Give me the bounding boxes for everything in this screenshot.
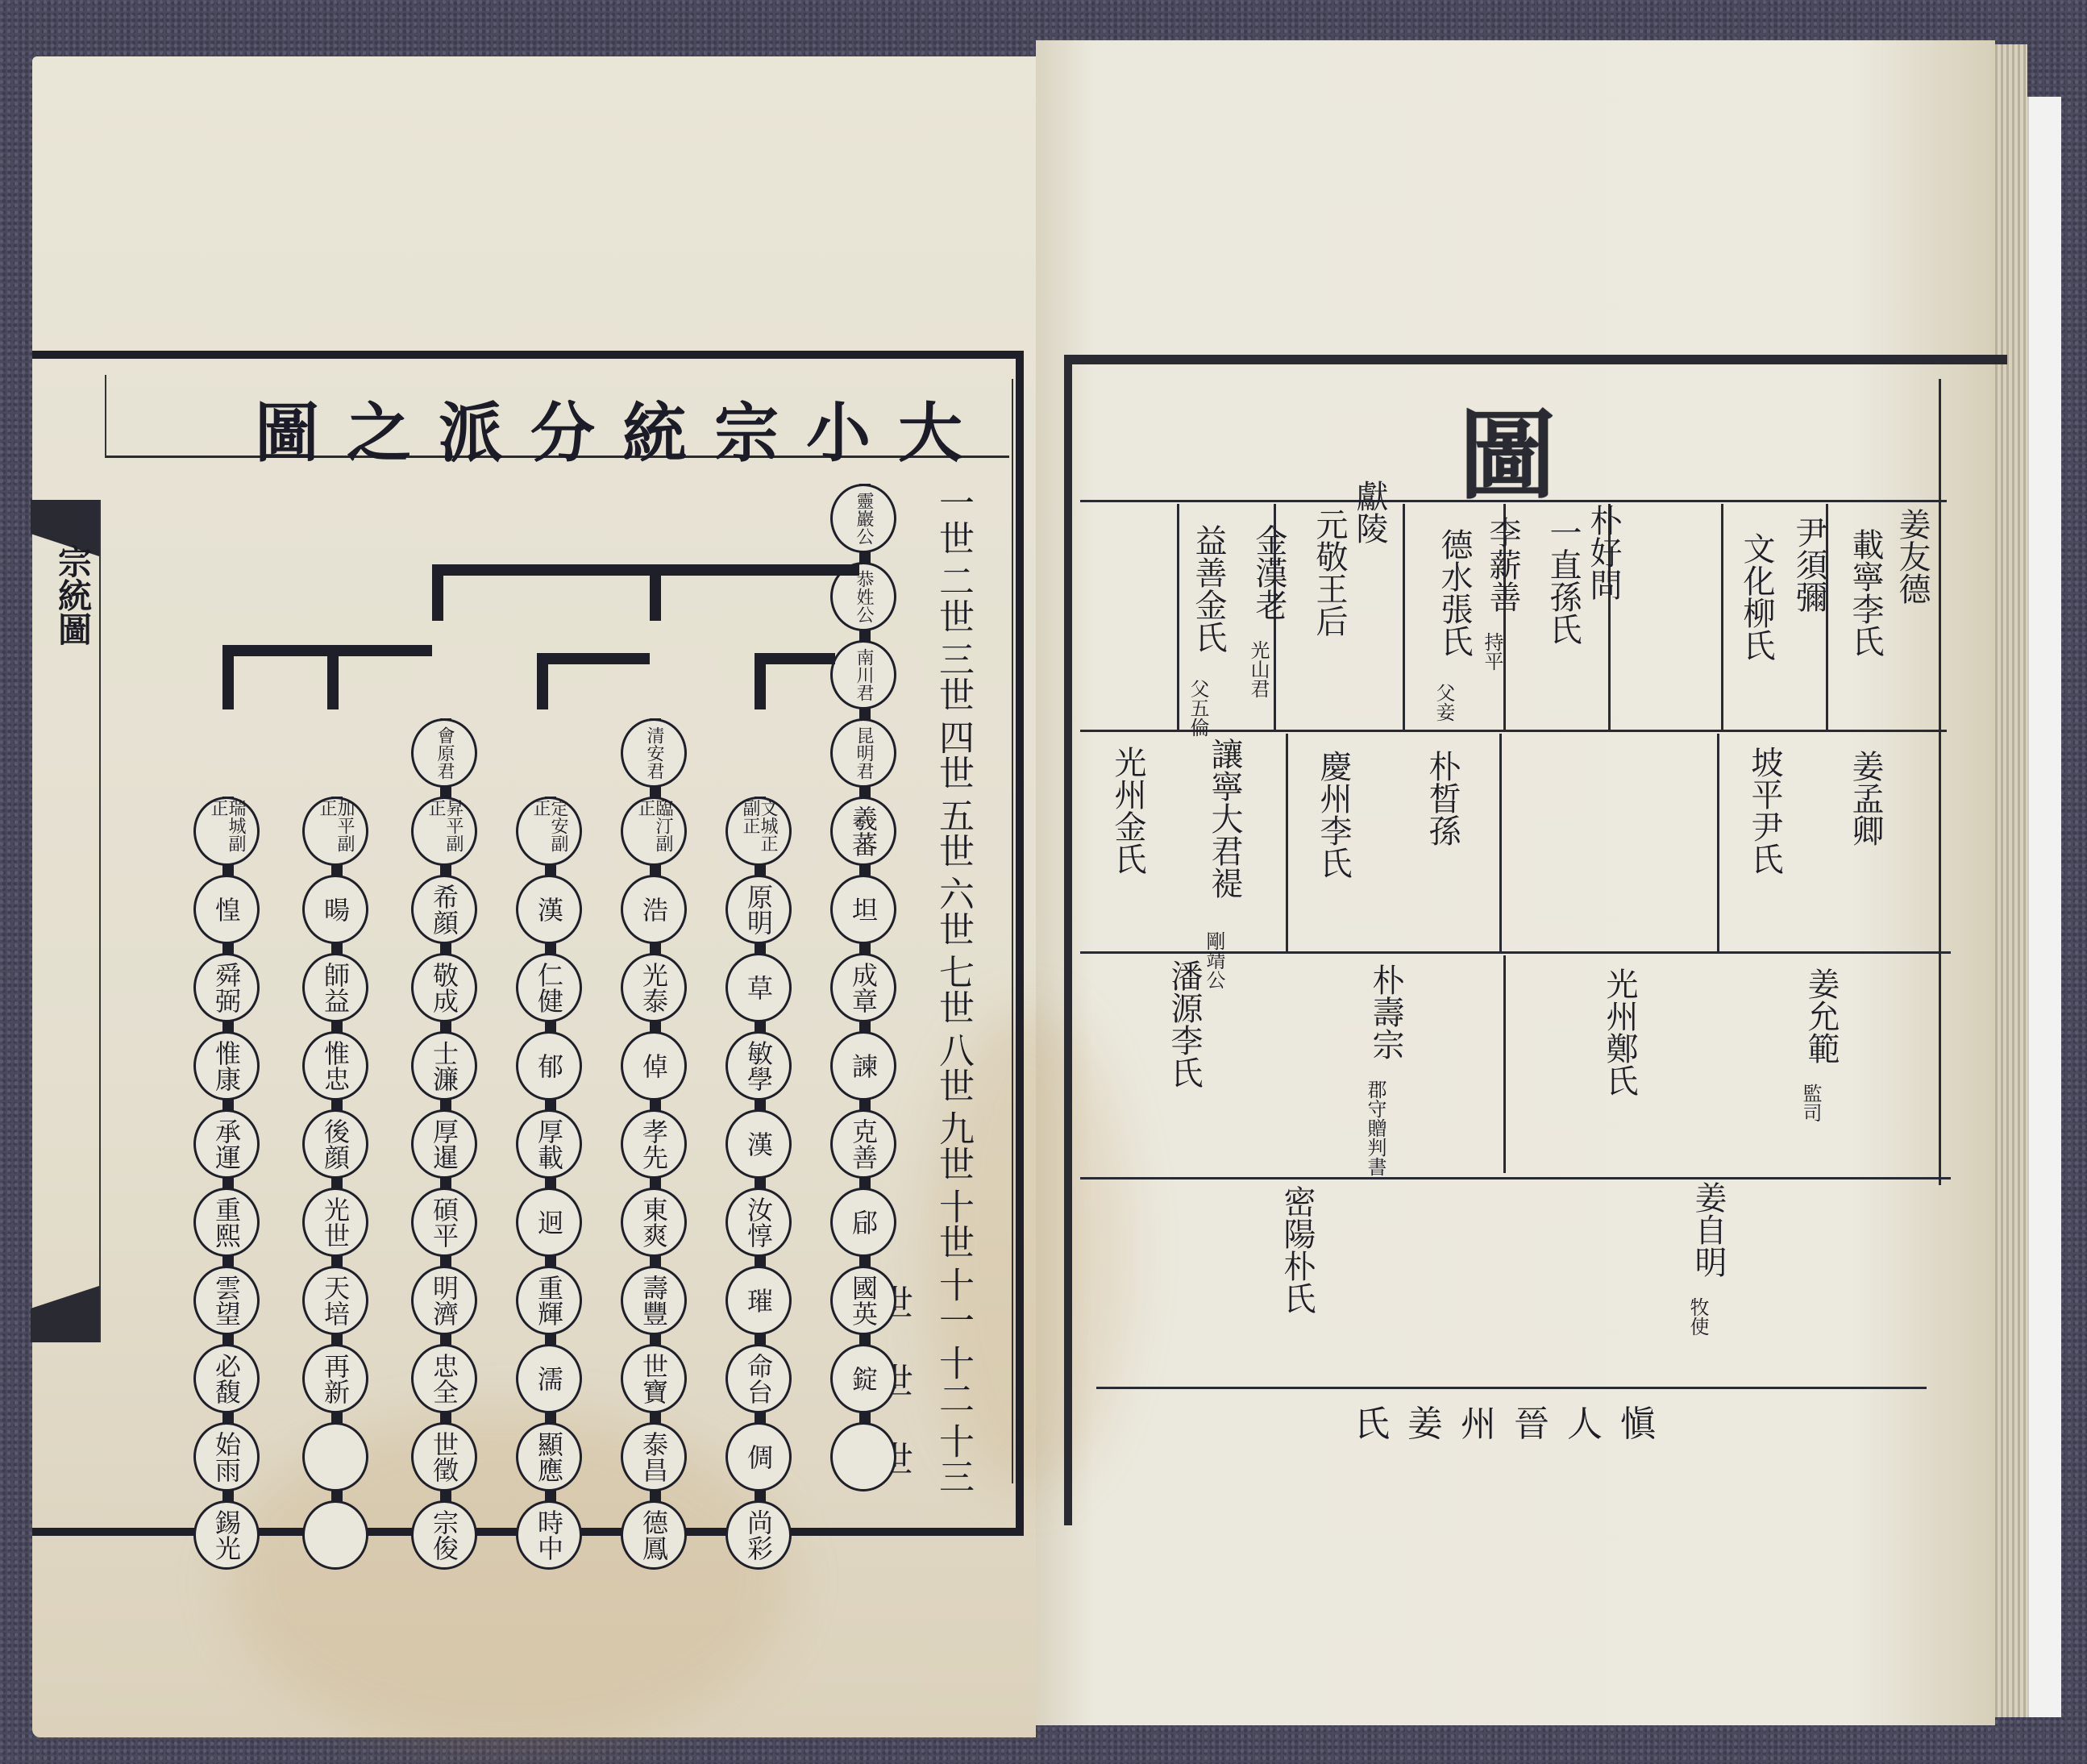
name-bead: 璀 bbox=[725, 1266, 792, 1335]
grid-line bbox=[1721, 504, 1723, 730]
person-note: 父妾 bbox=[1433, 683, 1454, 722]
person-entry: 朴晳孫 bbox=[1423, 750, 1461, 847]
generation-label: 一世 bbox=[919, 484, 983, 556]
grid-line bbox=[1939, 379, 1941, 1185]
grid-line bbox=[1080, 1177, 1951, 1179]
connector-line bbox=[537, 653, 548, 709]
name-bead: 明濟 bbox=[411, 1266, 477, 1335]
generation-label: 四世 bbox=[919, 718, 983, 791]
name-bead: 倜 bbox=[725, 1422, 792, 1491]
name-bead: 時中 bbox=[516, 1500, 582, 1570]
name-bead: 承運 bbox=[193, 1109, 260, 1179]
person-note: 持平 bbox=[1482, 632, 1503, 671]
name-bead: 命台 bbox=[725, 1344, 792, 1413]
name-bead bbox=[830, 1422, 896, 1491]
name-bead: 臨汀副正 bbox=[621, 797, 687, 866]
person-entry: 姜允範 bbox=[1802, 967, 1840, 1064]
person-entry: 姜自明 bbox=[1689, 1181, 1727, 1278]
name-bead: 羲蕃 bbox=[830, 797, 896, 866]
name-bead: 孝先 bbox=[621, 1109, 687, 1179]
name-bead: 雲望 bbox=[193, 1266, 260, 1335]
person-entry: 益善金氏 bbox=[1189, 524, 1228, 653]
grid-line bbox=[1717, 734, 1719, 951]
name-bead: 汝惇 bbox=[725, 1188, 792, 1257]
generation-label: 三世 bbox=[919, 640, 983, 713]
connector-line bbox=[755, 653, 835, 664]
name-bead: 原明 bbox=[725, 875, 792, 944]
name-bead: 世寶 bbox=[621, 1344, 687, 1413]
name-bead: 克善 bbox=[830, 1109, 896, 1179]
person-entry: 尹須彌 bbox=[1790, 516, 1828, 613]
name-bead: 國英 bbox=[830, 1266, 896, 1335]
person-entry: 文化柳氏 bbox=[1737, 532, 1776, 661]
name-bead: 濡 bbox=[516, 1344, 582, 1413]
name-bead: 敬成 bbox=[411, 953, 477, 1022]
name-bead: 加平副正 bbox=[302, 797, 368, 866]
person-entry: 潘源李氏 bbox=[1165, 959, 1204, 1088]
name-bead: 清安君 bbox=[621, 718, 687, 788]
name-bead: 必馥 bbox=[193, 1344, 260, 1413]
generation-label: 十一世 bbox=[919, 1266, 983, 1338]
person-note: 剛靖公 bbox=[1204, 931, 1224, 989]
name-bead: 昇平副正 bbox=[411, 797, 477, 866]
generation-label: 十世 bbox=[919, 1188, 983, 1260]
name-bead: 始雨 bbox=[193, 1422, 260, 1491]
person-entry: 金漢老 bbox=[1249, 524, 1288, 621]
name-bead: 尚彩 bbox=[725, 1500, 792, 1570]
name-bead: 昆明君 bbox=[830, 718, 896, 788]
grid-line bbox=[1096, 1387, 1927, 1389]
name-bead: 光泰 bbox=[621, 953, 687, 1022]
title-box: 大小宗統分派之圖 bbox=[105, 375, 1009, 458]
name-bead: 重輝 bbox=[516, 1266, 582, 1335]
name-bead: 惟康 bbox=[193, 1031, 260, 1100]
page-title: 大小宗統分派之圖 bbox=[255, 381, 990, 474]
name-bead: 宗俊 bbox=[411, 1500, 477, 1570]
name-bead: 瑞城副正 bbox=[193, 797, 260, 866]
person-entry: 朴好問 bbox=[1584, 504, 1623, 601]
connector-line bbox=[537, 653, 650, 664]
name-bead: 草 bbox=[725, 953, 792, 1022]
grid-line bbox=[1286, 734, 1288, 951]
grid-line bbox=[1503, 955, 1506, 1173]
person-note: 監司 bbox=[1800, 1084, 1821, 1122]
grid-line bbox=[1403, 504, 1405, 730]
name-bead: 再新 bbox=[302, 1344, 368, 1413]
person-entry: 姜友德 bbox=[1893, 508, 1931, 605]
name-bead: 迥 bbox=[516, 1188, 582, 1257]
generation-label: 二世 bbox=[919, 562, 983, 634]
grid-line bbox=[1080, 500, 1947, 502]
connector-line bbox=[222, 645, 234, 709]
person-entry: 德水張氏 bbox=[1435, 528, 1474, 657]
name-bead: 靈巖公 bbox=[830, 484, 896, 553]
name-bead: 惟忠 bbox=[302, 1031, 368, 1100]
name-bead: 厚暹 bbox=[411, 1109, 477, 1179]
name-bead: 漢 bbox=[725, 1109, 792, 1179]
grid-line bbox=[1177, 504, 1179, 730]
name-bead: 德鳳 bbox=[621, 1500, 687, 1570]
name-bead: 壽豐 bbox=[621, 1266, 687, 1335]
name-bead: 諫 bbox=[830, 1031, 896, 1100]
person-entry: 李薪善 bbox=[1483, 516, 1522, 613]
generation-label: 六世 bbox=[919, 875, 983, 947]
name-bead: 忠全 bbox=[411, 1344, 477, 1413]
person-entry: 讓寧大君褆 bbox=[1205, 738, 1244, 899]
person-entry: 坡平尹氏 bbox=[1745, 746, 1784, 875]
name-bead: 天培 bbox=[302, 1266, 368, 1335]
person-note: 牧使 bbox=[1687, 1297, 1708, 1336]
name-bead: 顯應 bbox=[516, 1422, 582, 1491]
grid-line bbox=[1080, 730, 1947, 732]
name-bead: 光世 bbox=[302, 1188, 368, 1257]
generation-label: 七世 bbox=[919, 953, 983, 1026]
name-bead: 定安副正 bbox=[516, 797, 582, 866]
name-bead: 坦 bbox=[830, 875, 896, 944]
person-entry: 光州金氏 bbox=[1108, 746, 1147, 875]
connector-line bbox=[650, 564, 661, 621]
name-bead: 會原君 bbox=[411, 718, 477, 788]
person-entry: 一直孫氏 bbox=[1544, 516, 1582, 645]
person-note: 父五倫 bbox=[1187, 679, 1208, 737]
name-bead: 世徵 bbox=[411, 1422, 477, 1491]
generation-label: 五世 bbox=[919, 797, 983, 869]
generation-label: 十三世 bbox=[919, 1422, 983, 1495]
name-bead: 暘 bbox=[302, 875, 368, 944]
connector-line bbox=[327, 645, 339, 709]
name-bead: 郈 bbox=[830, 1188, 896, 1257]
person-entry: 載寧李氏 bbox=[1846, 528, 1885, 657]
name-bead: 師益 bbox=[302, 953, 368, 1022]
generation-label: 十二世 bbox=[919, 1344, 983, 1417]
name-bead: 倬 bbox=[621, 1031, 687, 1100]
person-entry: 朴壽宗 bbox=[1366, 963, 1405, 1060]
person-entry: 光州鄭氏 bbox=[1600, 967, 1639, 1096]
name-bead bbox=[302, 1422, 368, 1491]
person-note: 光山君 bbox=[1248, 640, 1269, 698]
connector-line bbox=[755, 653, 766, 709]
footer-lineage-label: 愼人晉州姜氏 bbox=[1354, 1395, 1673, 1446]
name-bead: 希顔 bbox=[411, 875, 477, 944]
name-bead: 敏學 bbox=[725, 1031, 792, 1100]
name-bead: 厚載 bbox=[516, 1109, 582, 1179]
person-entry: 獻陵 bbox=[1350, 480, 1389, 544]
name-bead: 重熙 bbox=[193, 1188, 260, 1257]
white-endleaves bbox=[2027, 97, 2061, 1717]
name-bead: 泰昌 bbox=[621, 1422, 687, 1491]
generation-label: 八世 bbox=[919, 1031, 983, 1104]
person-entry: 密陽朴氏 bbox=[1278, 1185, 1316, 1314]
name-bead: 浩 bbox=[621, 875, 687, 944]
name-bead: 南川君 bbox=[830, 640, 896, 709]
person-entry: 慶州李氏 bbox=[1314, 750, 1353, 879]
name-bead: 仁健 bbox=[516, 953, 582, 1022]
connector-line bbox=[432, 564, 443, 621]
person-entry: 姜孟卿 bbox=[1846, 750, 1885, 847]
grid-line bbox=[1499, 734, 1502, 951]
name-bead: 成章 bbox=[830, 953, 896, 1022]
name-bead: 舜弼 bbox=[193, 953, 260, 1022]
connector-line bbox=[432, 564, 859, 576]
name-bead: 惶 bbox=[193, 875, 260, 944]
name-bead: 後顔 bbox=[302, 1109, 368, 1179]
name-bead: 文城正副正 bbox=[725, 797, 792, 866]
name-bead: 東爽 bbox=[621, 1188, 687, 1257]
name-bead: 錠 bbox=[830, 1344, 896, 1413]
generation-label: 九世 bbox=[919, 1109, 983, 1182]
name-bead: 碩平 bbox=[411, 1188, 477, 1257]
person-note: 郡守贈判書 bbox=[1365, 1080, 1386, 1176]
right-heading: 圖 bbox=[1459, 379, 1556, 518]
name-bead: 士濂 bbox=[411, 1031, 477, 1100]
name-bead: 錫光 bbox=[193, 1500, 260, 1570]
name-bead: 郁 bbox=[516, 1031, 582, 1100]
name-bead bbox=[302, 1500, 368, 1570]
name-bead: 漢 bbox=[516, 875, 582, 944]
person-entry: 元敬王后 bbox=[1310, 508, 1349, 637]
